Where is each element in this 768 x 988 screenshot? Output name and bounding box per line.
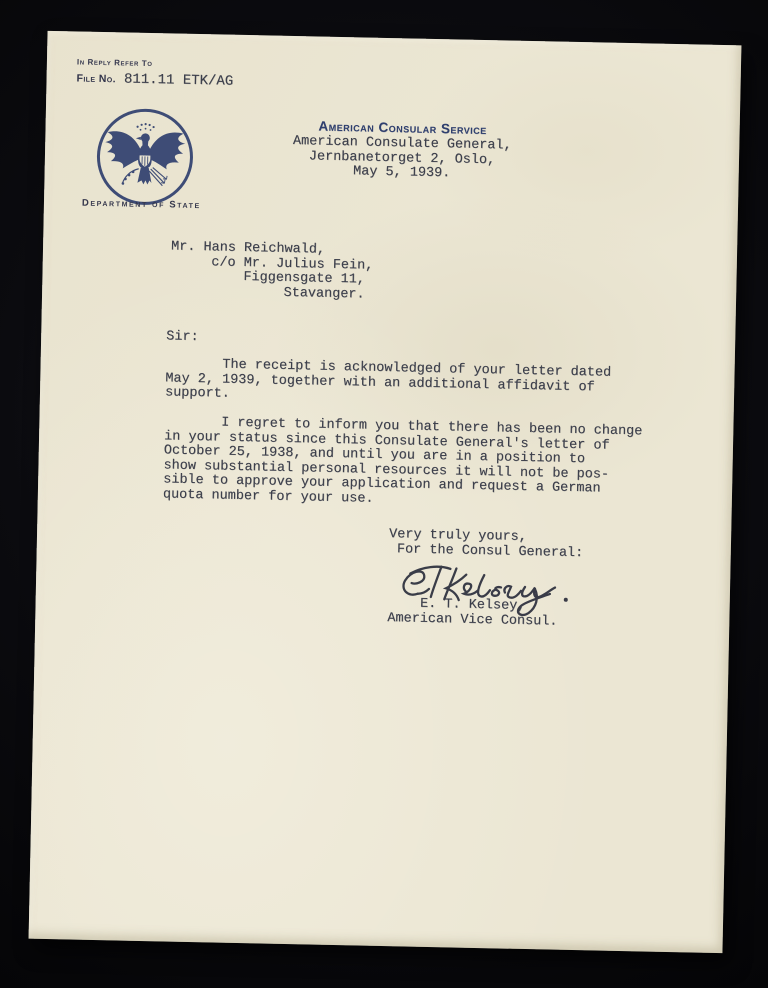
file-number-value: 811.11 ETK/AG xyxy=(124,72,234,89)
salutation: Sir: xyxy=(166,330,199,345)
body-paragraph-2: I regret to inform you that there has be… xyxy=(163,415,643,513)
refer-label: In Reply Refer To xyxy=(77,57,234,69)
addressee-block: Mr. Hans Reichwald, c/o Mr. Julius Fein,… xyxy=(170,240,374,303)
body-paragraph-1: The receipt is acknowledged of your lett… xyxy=(165,357,611,410)
reference-block: In Reply Refer To File No. 811.11 ETK/AG xyxy=(76,57,233,89)
closing-block: Very truly yours, For the Consul General… xyxy=(389,528,584,561)
department-caption: Department of State xyxy=(82,198,252,213)
file-no-label: File No. xyxy=(76,72,116,85)
great-seal-icon xyxy=(94,106,196,208)
file-number-line: File No. 811.11 ETK/AG xyxy=(76,71,233,89)
department-of-state-seal-icon xyxy=(94,106,196,208)
scan-background: In Reply Refer To File No. 811.11 ETK/AG xyxy=(0,0,768,988)
letter-page: In Reply Refer To File No. 811.11 ETK/AG xyxy=(29,31,742,953)
letterhead: American Consular Service American Consu… xyxy=(212,116,593,185)
typed-signature-block: E. T. Kelsey, American Vice Consul. xyxy=(387,597,558,630)
